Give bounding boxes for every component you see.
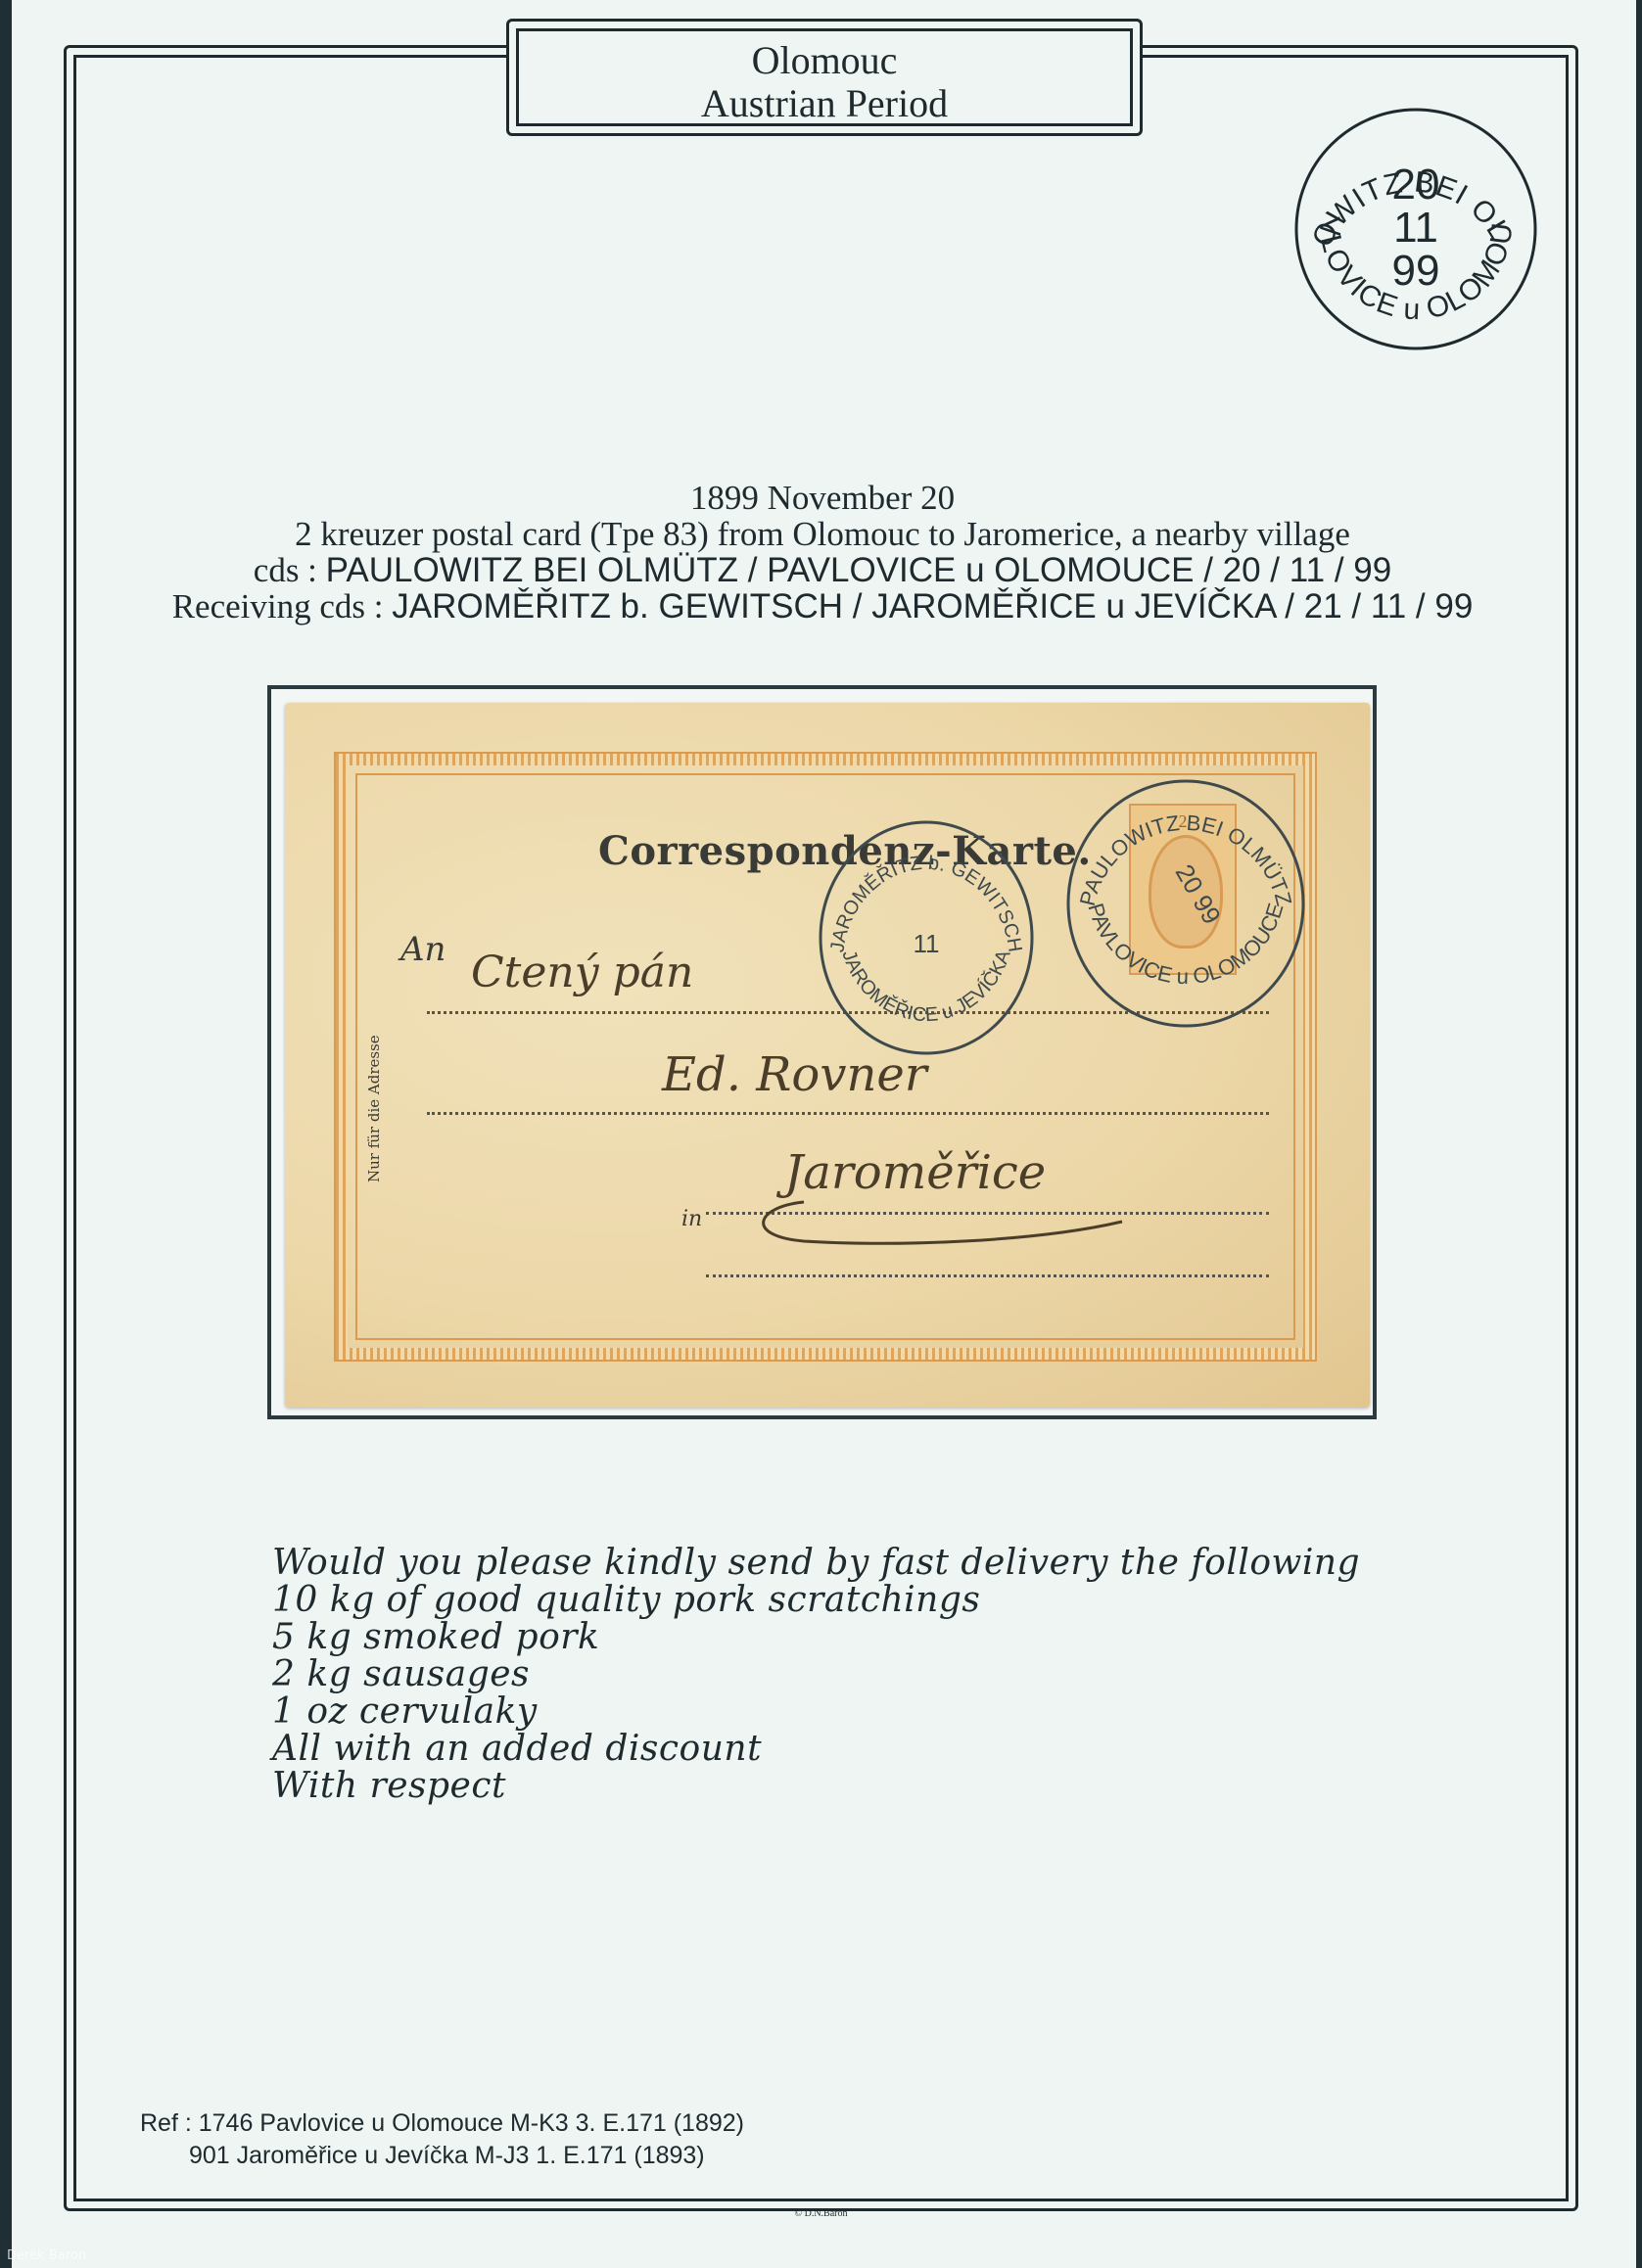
receiving-cds-label: Receiving cds : <box>172 587 393 625</box>
description-date: 1899 November 20 <box>69 480 1576 516</box>
title-box: Olomouc Austrian Period <box>506 19 1143 136</box>
card-an-label: An <box>400 930 446 969</box>
message-line: With respect <box>272 1768 1447 1805</box>
references: Ref : 1746 Pavlovice u Olomouce M-K3 3. … <box>140 2107 744 2172</box>
svg-text:JAROMĚŘICE u JEVÍČKA: JAROMĚŘICE u JEVÍČKA <box>837 947 1015 1026</box>
svg-text:11: 11 <box>914 929 940 958</box>
sender-cancel-icon: PAULOWITZ BEI OLMÜTZ PAVLOVICE u OLOMOUC… <box>1058 776 1313 1031</box>
svg-text:20 99: 20 99 <box>1170 859 1228 929</box>
copyright-notice: © D.N.Baron <box>0 2208 1642 2219</box>
message-line: 2 kg sausages <box>272 1656 1447 1693</box>
watermark: Derek Baron <box>7 2248 86 2263</box>
address-handwritten-1: Ctený pán <box>471 948 693 997</box>
svg-text:PAVLOVICE u OLOMOUCE: PAVLOVICE u OLOMOUCE <box>1084 901 1289 989</box>
receiving-cds-value: JAROMĚŘITZ b. GEWITSCH / JAROMĚŘICE u JE… <box>392 587 1473 625</box>
message-line: Would you please kindly send by fast del… <box>272 1545 1447 1582</box>
card-vertical-note: Nur für die Adresse <box>365 1035 383 1182</box>
cds-value: PAULOWITZ BEI OLMÜTZ / PAVLOVICE u OLOMO… <box>326 551 1392 589</box>
description-cds: cds : PAULOWITZ BEI OLMÜTZ / PAVLOVICE u… <box>69 552 1576 588</box>
cds-label: cds : <box>254 551 326 589</box>
card-in-label: in <box>681 1207 702 1231</box>
postmark-year: 99 <box>1292 251 1539 292</box>
postal-card: Correspondenz-Karte. An Nur für die Adre… <box>285 703 1370 1408</box>
reference-line-2: 901 Jaroměřice u Jevíčka M-J3 1. E.171 (… <box>140 2140 744 2172</box>
page-title: Olomouc <box>519 39 1130 82</box>
message-line: All with an added discount <box>272 1731 1447 1768</box>
item-description: 1899 November 20 2 kreuzer postal card (… <box>69 480 1576 625</box>
description-item: 2 kreuzer postal card (Tpe 83) from Olom… <box>69 516 1576 552</box>
address-line-2 <box>427 1112 1269 1115</box>
title-box-inner: Olomouc Austrian Period <box>516 28 1133 126</box>
message-line: 5 kg smoked pork <box>272 1619 1447 1656</box>
receiver-cancel-icon: JAROMĚŘITZ b. GEWITSCH JAROMĚŘICE u JEVÍ… <box>814 815 1039 1060</box>
scan-edge-left <box>0 0 12 2268</box>
address-line-4 <box>706 1274 1269 1277</box>
message-line: 1 oz cervulaky <box>272 1693 1447 1731</box>
message-line: 10 kg of good quality pork scratchings <box>272 1582 1447 1619</box>
translated-message: Would you please kindly send by fast del… <box>272 1545 1447 1805</box>
postmark-day: 20 <box>1292 164 1539 206</box>
page-subtitle: Austrian Period <box>519 82 1130 125</box>
postmark-month: 11 <box>1292 208 1539 249</box>
postmark-illustration: PAULOWITZ BEI OLMÜTZ PAVLOVICE u OLOMOUC… <box>1292 106 1539 352</box>
scan-edge-right <box>1636 0 1642 2268</box>
reference-line-1: Ref : 1746 Pavlovice u Olomouce M-K3 3. … <box>140 2107 744 2140</box>
description-receiving-cds: Receiving cds : JAROMĚŘITZ b. GEWITSCH /… <box>69 588 1576 625</box>
address-underline-flourish <box>745 1192 1127 1251</box>
